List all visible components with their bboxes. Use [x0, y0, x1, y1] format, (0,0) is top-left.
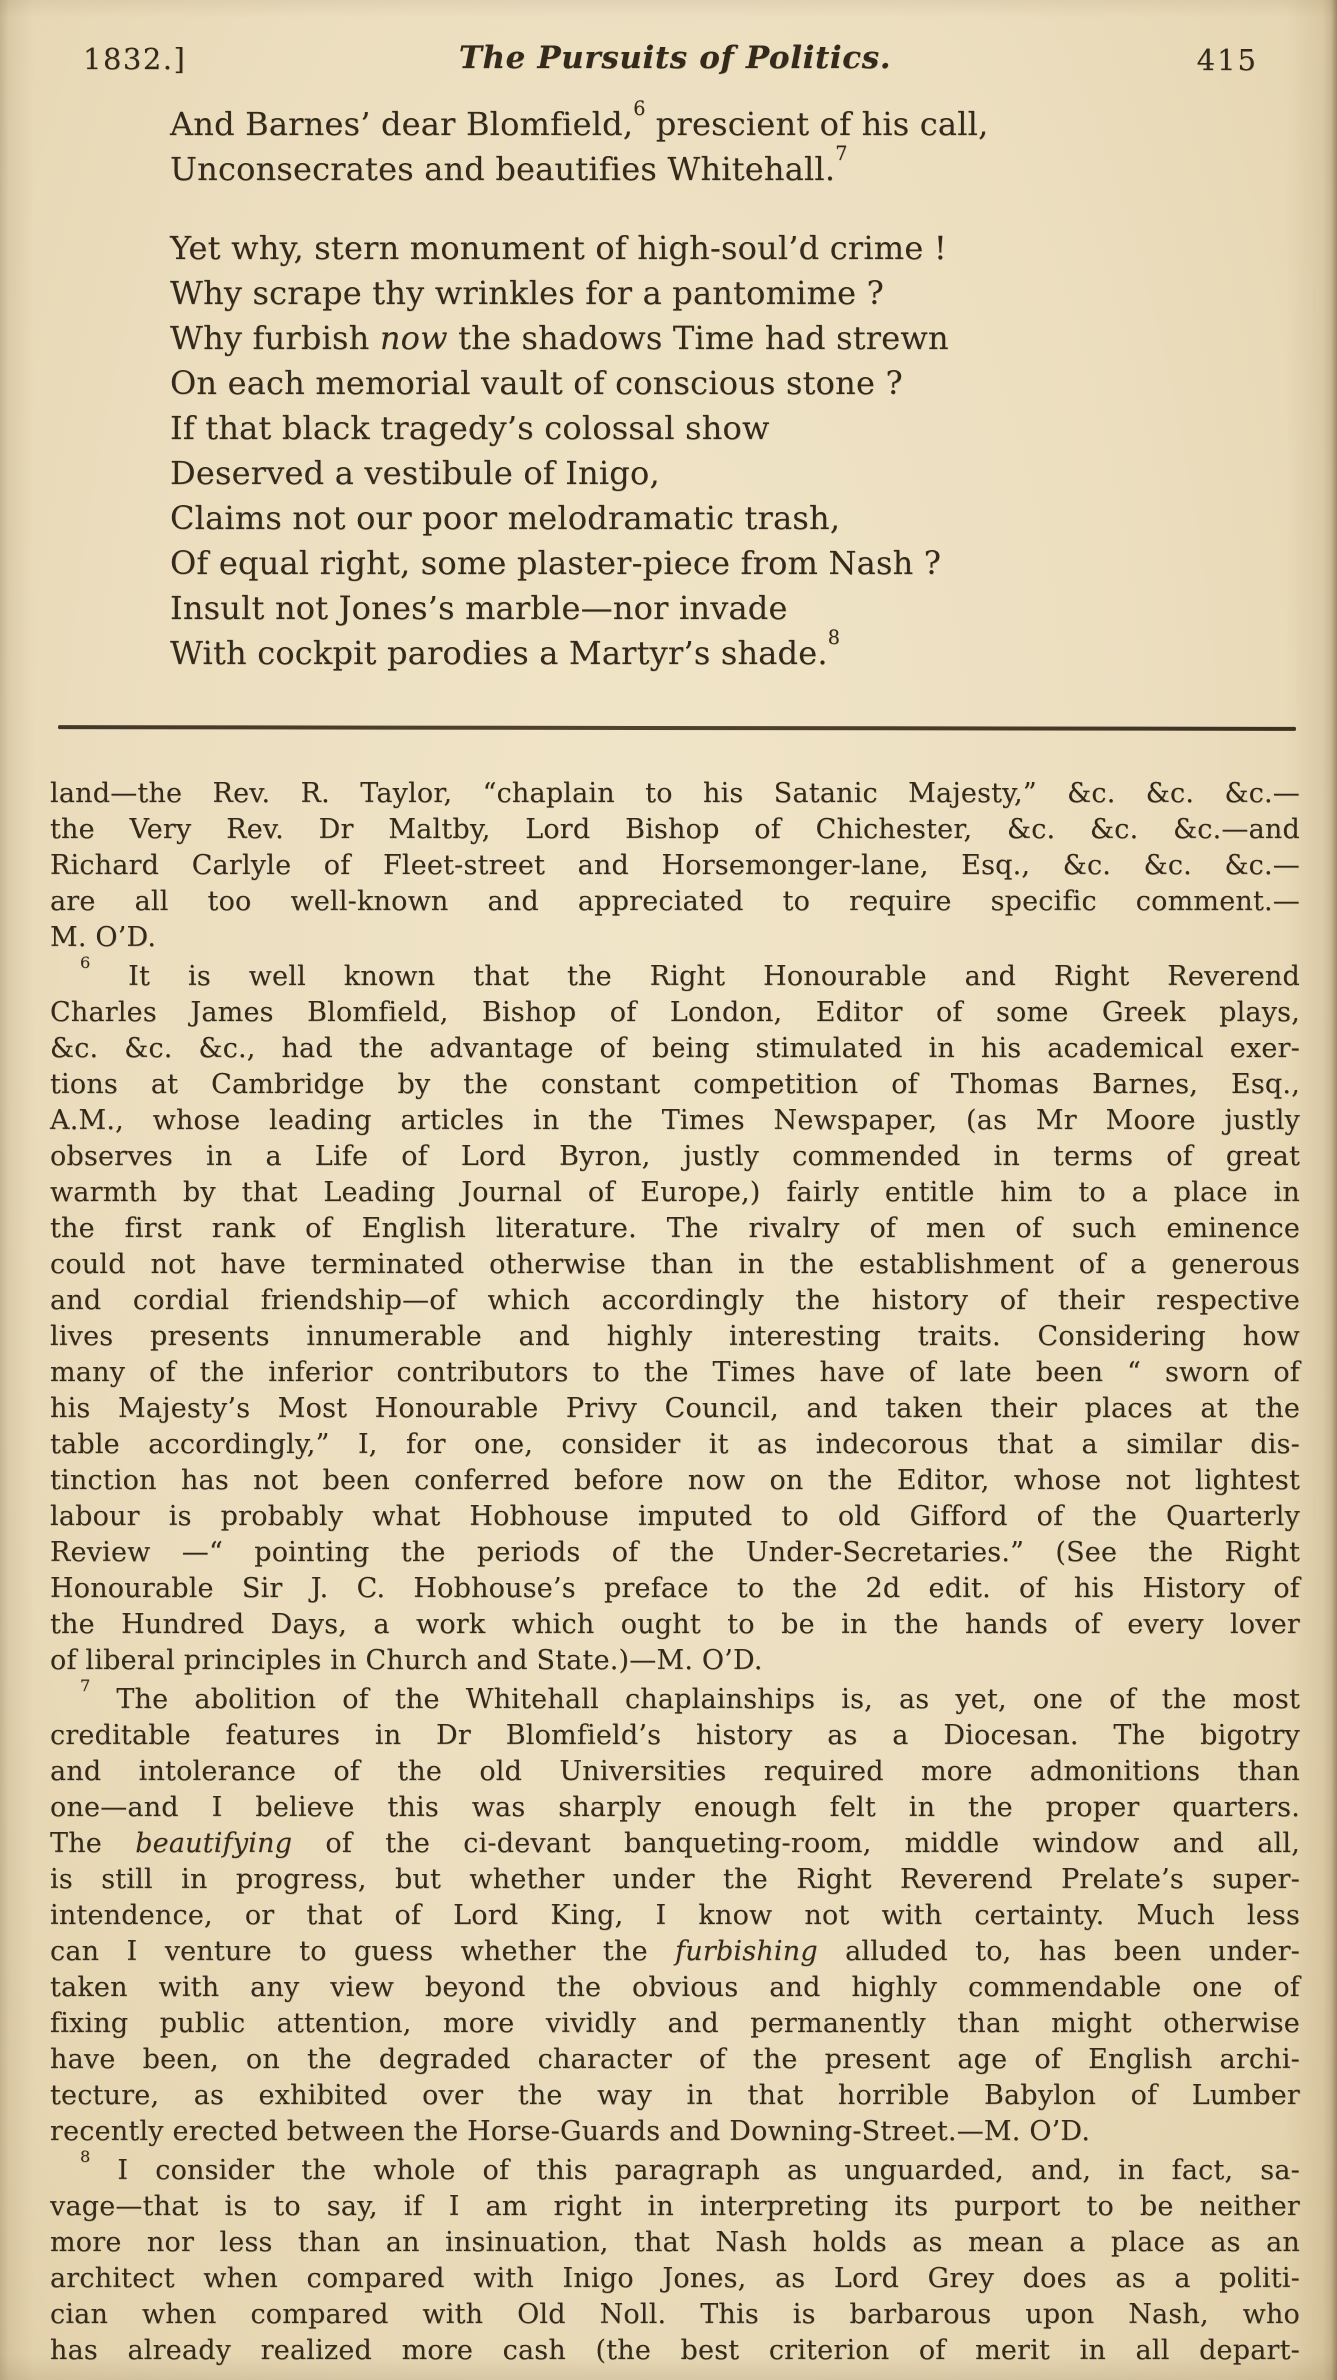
year-label: 1832.]: [83, 42, 186, 76]
text-line: lives presents innumerable and highly in…: [50, 1319, 1300, 1355]
text-line: warmth by that Leading Journal of Europe…: [50, 1175, 1300, 1211]
footnote-6: 6 It is well known that the Right Honour…: [50, 959, 1300, 1679]
text-line: tecture, as exhibited over the way in th…: [50, 2078, 1300, 2114]
text-line: 8 I consider the whole of this paragraph…: [50, 2153, 1300, 2189]
text-line: A.M., whose leading articles in the Time…: [50, 1103, 1300, 1139]
text-line: The beautifying of the ci-devant banquet…: [50, 1826, 1300, 1862]
text-line: fixing public attention, more vividly an…: [50, 2006, 1300, 2042]
text-line: M. O’D.: [50, 920, 1300, 956]
text-line: Richard Carlyle of Fleet-street and Hors…: [50, 848, 1300, 884]
text-line: vage—that is to say, if I am right in in…: [50, 2189, 1300, 2225]
text-line: and cordial friendship—of which accordin…: [50, 1283, 1300, 1319]
footnote-marker: 8: [80, 2147, 90, 2166]
text-line: the first rank of English literature. Th…: [50, 1211, 1300, 1247]
text-line: Unconsecrates and beautifies Whitehall.7: [170, 147, 1300, 192]
footnote-5-continuation: land—the Rev. R. Taylor, “chaplain to hi…: [50, 776, 1300, 956]
text-line: tions at Cambridge by the constant compe…: [50, 1067, 1300, 1103]
text-line: &c. &c. &c., had the advantage of being …: [50, 1031, 1300, 1067]
footnote-8: 8 I consider the whole of this paragraph…: [50, 2153, 1300, 2369]
text-line: taken with any view beyond the obvious a…: [50, 1970, 1300, 2006]
page-header: 1832.] The Pursuits of Politics. 415: [50, 40, 1300, 84]
text-line: land—the Rev. R. Taylor, “chaplain to hi…: [50, 776, 1300, 812]
footnotes-section: land—the Rev. R. Taylor, “chaplain to hi…: [50, 776, 1300, 2369]
text-line: 7 The abolition of the Whitehall chaplai…: [50, 1682, 1300, 1718]
text-line: Why scrape thy wrinkles for a pantomime …: [170, 271, 1300, 316]
text-line: and intolerance of the old Universities …: [50, 1754, 1300, 1790]
text-line: If that black tragedy’s colossal show: [170, 406, 1300, 451]
text-line: one—and I believe this was sharply enoug…: [50, 1790, 1300, 1826]
running-title: The Pursuits of Politics.: [459, 40, 891, 76]
footnote-marker: 6: [633, 97, 645, 120]
poem-stanza-2: Yet why, stern monument of high-soul’d c…: [170, 226, 1300, 676]
text-line: have been, on the degraded character of …: [50, 2042, 1300, 2078]
text-line: intendence, or that of Lord King, I know…: [50, 1898, 1300, 1934]
book-page: 1832.] The Pursuits of Politics. 415 And…: [0, 0, 1337, 2380]
text-line: can I venture to guess whether the furbi…: [50, 1934, 1300, 1970]
text-line: architect when compared with Inigo Jones…: [50, 2261, 1300, 2297]
text-line: has already realized more cash (the best…: [50, 2333, 1300, 2369]
footnote-marker: 7: [80, 1676, 90, 1695]
text-line: labour is probably what Hobhouse imputed…: [50, 1499, 1300, 1535]
text-line: table accordingly,” I, for one, consider…: [50, 1427, 1300, 1463]
text-line: Honourable Sir J. C. Hobhouse’s preface …: [50, 1571, 1300, 1607]
text-line: Insult not Jones’s marble—nor invade: [170, 586, 1300, 631]
poem: And Barnes’ dear Blomfield,6 prescient o…: [170, 102, 1300, 676]
text-line: are all too well-known and appreciated t…: [50, 884, 1300, 920]
footnote-marker: 6: [80, 953, 90, 972]
text-line: of liberal principles in Church and Stat…: [50, 1643, 1300, 1679]
text-line: many of the inferior contributors to the…: [50, 1355, 1300, 1391]
footnote-marker: 7: [835, 142, 847, 165]
text-line: is still in progress, but whether under …: [50, 1862, 1300, 1898]
text-line: creditable features in Dr Blomfield’s hi…: [50, 1718, 1300, 1754]
text-line: could not have terminated otherwise than…: [50, 1247, 1300, 1283]
text-line: cian when compared with Old Noll. This i…: [50, 2297, 1300, 2333]
text-line: On each memorial vault of conscious ston…: [170, 361, 1300, 406]
text-line: Claims not our poor melodramatic trash,: [170, 496, 1300, 541]
page-content: 1832.] The Pursuits of Politics. 415 And…: [50, 0, 1300, 2369]
text-line: With cockpit parodies a Martyr’s shade.8: [170, 631, 1300, 676]
text-line: Deserved a vestibule of Inigo,: [170, 451, 1300, 496]
text-line: more nor less than an insinuation, that …: [50, 2225, 1300, 2261]
text-line: tinction has not been conferred before n…: [50, 1463, 1300, 1499]
text-line: recently erected between the Horse-Guard…: [50, 2114, 1300, 2150]
poem-stanza-1: And Barnes’ dear Blomfield,6 prescient o…: [170, 102, 1300, 192]
text-line: Yet why, stern monument of high-soul’d c…: [170, 226, 1300, 271]
text-line: Charles James Blomfield, Bishop of Londo…: [50, 995, 1300, 1031]
text-line: the Hundred Days, a work which ought to …: [50, 1607, 1300, 1643]
text-line: the Very Rev. Dr Maltby, Lord Bishop of …: [50, 812, 1300, 848]
footnote-7: 7 The abolition of the Whitehall chaplai…: [50, 1682, 1300, 2150]
text-line: Review —“ pointing the periods of the Un…: [50, 1535, 1300, 1571]
footnote-marker: 8: [828, 626, 840, 649]
text-line: And Barnes’ dear Blomfield,6 prescient o…: [170, 102, 1300, 147]
footnote-separator-rule: [58, 725, 1296, 731]
text-line: observes in a Life of Lord Byron, justly…: [50, 1139, 1300, 1175]
text-line: his Majesty’s Most Honourable Privy Coun…: [50, 1391, 1300, 1427]
text-line: Why furbish now the shadows Time had str…: [170, 316, 1300, 361]
text-line: Of equal right, some plaster-piece from …: [170, 541, 1300, 586]
text-line: 6 It is well known that the Right Honour…: [50, 959, 1300, 995]
page-number: 415: [1197, 43, 1258, 77]
